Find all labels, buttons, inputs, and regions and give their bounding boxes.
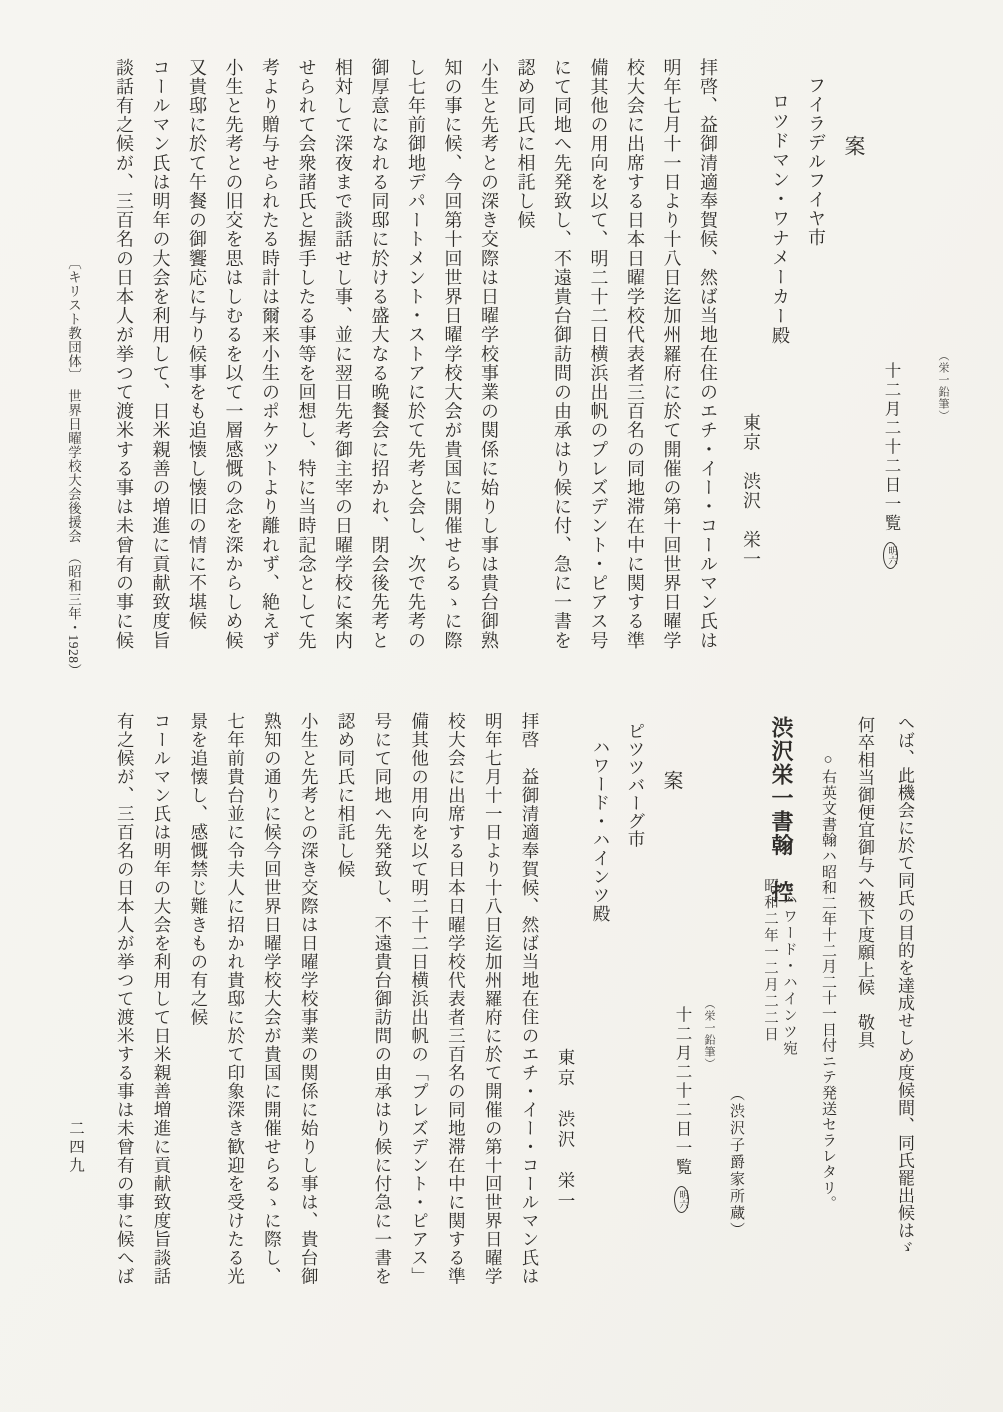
letter1-body-col: せられて会衆諸氏と握手したる事等を回想し、特に当時記念として先 xyxy=(288,58,325,698)
letter1-body-col: 知の事に候、今回第十回世界日曜学校大会が貴国に開催せらるゝに際 xyxy=(434,58,471,698)
letter1-body-col: コールマン氏は明年の大会を利用して、日米親善の増進に貢献致度旨 xyxy=(142,58,179,698)
letter1-body-col: にて同地へ先発致し、不遠貴台御訪問の由承はり候に付、急に一書を xyxy=(544,58,581,698)
letter2-body-col: 認め同氏に相託し候 xyxy=(327,712,364,1322)
letter1-body-col: 小生と先考との旧交を思はしむるを以て一層感慨の念を深からしめ候 xyxy=(215,58,252,698)
letter2-annotation-date: 十二月二十二日一覧明六 xyxy=(670,998,694,1258)
letter2-body-col: 号にて同地へ先発致し、不遠貴台御訪問の由承はり候に付急に一書を xyxy=(364,712,401,1322)
letter1-body-col: 談話有之候が、三百名の日本人が挙つて渡米する事は未曾有の事に候 xyxy=(106,58,143,698)
letter1-body-col: 考より贈与せられたる時計は爾来小生のポケツトより離れず、絶えず xyxy=(252,58,289,698)
letter1-body-col: し七年前御地デパートメント・ストアに於て先考と会し、次で先考の xyxy=(398,58,435,698)
letter2-annotation-pencil: （栄一鉛筆） xyxy=(699,998,719,1258)
letter1-recipient-name: ロツドマン・ワナメーカー殿 xyxy=(767,92,793,346)
letter2-body-col: 七年前貴台並に令夫人に招かれ貴邸に於て印象深き歓迎を受けたる光 xyxy=(217,712,254,1322)
page-number: 二四九 xyxy=(64,1120,86,1176)
letter1-recipient-city: フイラデルフイヤ市 xyxy=(803,76,829,247)
letter1-body-col: 備其他の用向を以て、明二十二日横浜出帆のプレズデント・ピアス号 xyxy=(580,58,617,698)
letter2-recipient-city: ピツツバーグ市 xyxy=(624,722,649,848)
letter2-body: 拝啓 益御清適奉賀候、然ば当地在住のエチ・イー・コールマン氏は 明年七月十一日よ… xyxy=(106,712,548,1322)
letter2-recipient-name: ハワード・ハインツ殿 xyxy=(589,738,614,923)
letter1-annotation-date: 十二月二十二日一覧明六 xyxy=(879,350,903,610)
letter2-body-col: 小生と先考との深き交際は日曜学校事業の関係に始りし事は、貴台御 xyxy=(290,712,327,1322)
letter2-addressee-line: ハワード・ハインツ宛 xyxy=(779,892,800,1057)
letter2-body-col: 備其他の用向を以て明二十二日横浜出帆の「プレズデント・ピアス」 xyxy=(401,712,438,1322)
meiroku-stamp: 明六 xyxy=(883,542,898,569)
letter2-body-col: コールマン氏は明年の大会を利用して日米親善増進に貢献致度旨談話 xyxy=(143,712,180,1322)
letter1-continuation: へば、此機会に於て同氏の目的を達成せしめ度候間、同氏罷出候はゞ 何卒相当御便宜御… xyxy=(845,714,923,1294)
letter1-body-col: 明年七月十一日より十八日迄加州羅府に於て開催の第十回世界日曜学 xyxy=(653,58,690,698)
letter2-date-line: 昭和二年一二月二二日 xyxy=(760,878,781,1043)
meiroku-stamp: 明六 xyxy=(674,1186,689,1213)
letter2-body-col: 拝啓 益御清適奉賀候、然ば当地在住のエチ・イー・コールマン氏は xyxy=(511,712,548,1322)
letter1-body-col: 又貴邸に於て午餐の御饗応に与り候事をも追懐し懐旧の情に不堪候 xyxy=(179,58,216,698)
letter2-body-col: 景を追懐し、感慨禁じ難きもの有之候 xyxy=(180,712,217,1322)
letter2-title: 渋沢栄一書翰 控 xyxy=(766,716,797,904)
letter1-sender: 東京 渋沢 栄一 xyxy=(738,413,764,569)
letter2-body-col: 熟知の通りに候今回世界日曜学校大会が貴国に開催せらるゝに際し、 xyxy=(254,712,291,1322)
letter1-continuation-col: 何卒相当御便宜御与へ被下度願上候 敬具 xyxy=(845,714,883,1294)
letter2-source: （渋沢子爵家所蔵） xyxy=(726,1086,747,1239)
letter2-body-col: 有之候が、三百名の日本人が挙つて渡米する事は未曾有の事に候へば xyxy=(106,712,143,1322)
scanned-book-page: ル （栄一鉛筆） 十二月二十二日一覧明六 案 フイラデルフイヤ市 ロツドマン・ワ… xyxy=(0,0,1003,1412)
letter2-annotation: （栄一鉛筆） 十二月二十二日一覧明六 xyxy=(670,998,719,1258)
letter2-body-col: 校大会に出席する日本日曜学校代表者三百名の同地滞在中に関する準 xyxy=(438,712,475,1322)
letter1-continuation-col: へば、此機会に於て同氏の目的を達成せしめ度候間、同氏罷出候はゞ xyxy=(885,714,923,1294)
letter1-body-col: 御厚意になれる同邸に於ける盛大なる晩餐会に招かれ、閉会後先考と xyxy=(361,58,398,698)
letter1-heading-an: 案 xyxy=(839,135,869,158)
letter1-body-col: 小生と先考との深き交際は日曜学校事業の関係に始りし事は貴台御熟 xyxy=(471,58,508,698)
letter1-body-col: 校大会に出席する日本日曜学校代表者三百名の同地滞在中に関する準 xyxy=(617,58,654,698)
letter1-body-col: 拝啓、益御清適奉賀候、然ば当地在住のエチ・イー・コールマン氏は xyxy=(690,58,727,698)
letter1-body: 拝啓、益御清適奉賀候、然ば当地在住のエチ・イー・コールマン氏は 明年七月十一日よ… xyxy=(106,58,727,698)
letter2-annotation-date-text: 十二月二十二日一覧 xyxy=(673,1006,692,1177)
letter1-source-caption: 〔キリスト教団体〕 世界日曜学校大会後援会 （昭和三年・1928） xyxy=(63,256,83,678)
letter2-sender: 東京 渋沢 栄一 xyxy=(554,1048,579,1212)
letter1-body-col: 認め同氏に相託し候 xyxy=(507,58,544,698)
letter2-heading-an: 案 xyxy=(657,770,686,792)
letter1-annotation: （栄一鉛筆） 十二月二十二日一覧明六 xyxy=(879,350,953,610)
letter1-annotation-date-text: 十二月二十二日一覧 xyxy=(882,362,901,533)
letter1-annotation-pencil: （栄一鉛筆） xyxy=(933,350,953,610)
letter1-body-col: 相対して深夜まで談話せし事、並に翌日先考御主宰の日曜学校に案内 xyxy=(325,58,362,698)
dispatch-note: ○右英文書翰ハ昭和二年十二月二十一日付ニテ発送セラレタリ。 xyxy=(818,752,839,1211)
letter2-body-col: 明年七月十一日より十八日迄加州羅府に於て開催の第十回世界日曜学 xyxy=(474,712,511,1322)
